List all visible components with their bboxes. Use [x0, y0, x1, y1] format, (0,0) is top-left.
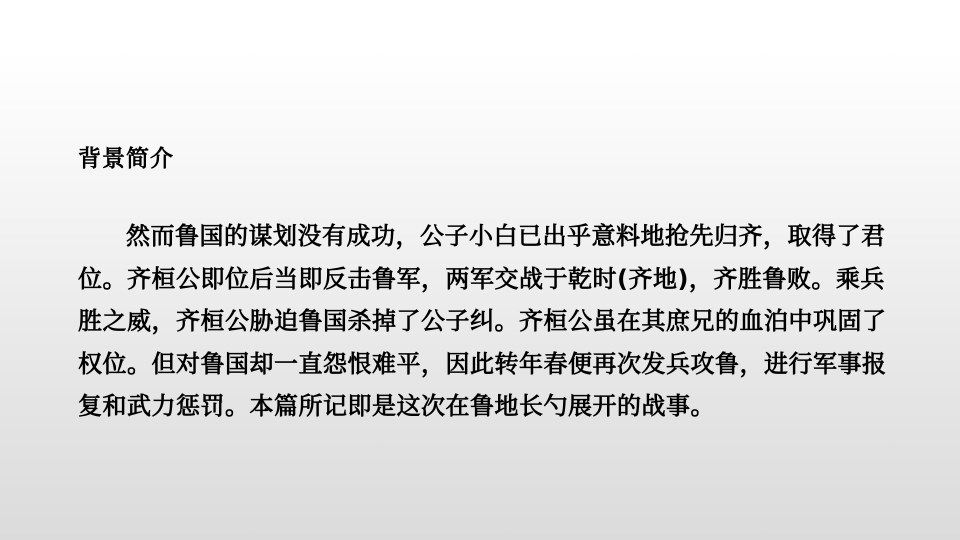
slide-title: 背景简介: [78, 140, 174, 173]
body-line-3: 胜之威，齐桓公胁迫鲁国杀掉了公子纠。齐桓公虽在其庶兄的血泊中巩固了: [78, 300, 884, 343]
body-line-2: 位。齐桓公即位后当即反击鲁军，两军交战于乾时(齐地)，齐胜鲁败。乘兵: [78, 258, 884, 301]
presentation-slide: 背景简介 然而鲁国的谋划没有成功，公子小白已出乎意料地抢先归齐，取得了君 位。齐…: [0, 0, 960, 540]
body-line-1: 然而鲁国的谋划没有成功，公子小白已出乎意料地抢先归齐，取得了君: [78, 215, 884, 258]
slide-body-paragraph: 然而鲁国的谋划没有成功，公子小白已出乎意料地抢先归齐，取得了君 位。齐桓公即位后…: [78, 215, 884, 428]
body-line-5: 复和武力惩罚。本篇所记即是这次在鲁地长勺展开的战事。: [78, 385, 884, 428]
body-line-4: 权位。但对鲁国却一直怨恨难平，因此转年春便再次发兵攻鲁，进行军事报: [78, 343, 884, 386]
